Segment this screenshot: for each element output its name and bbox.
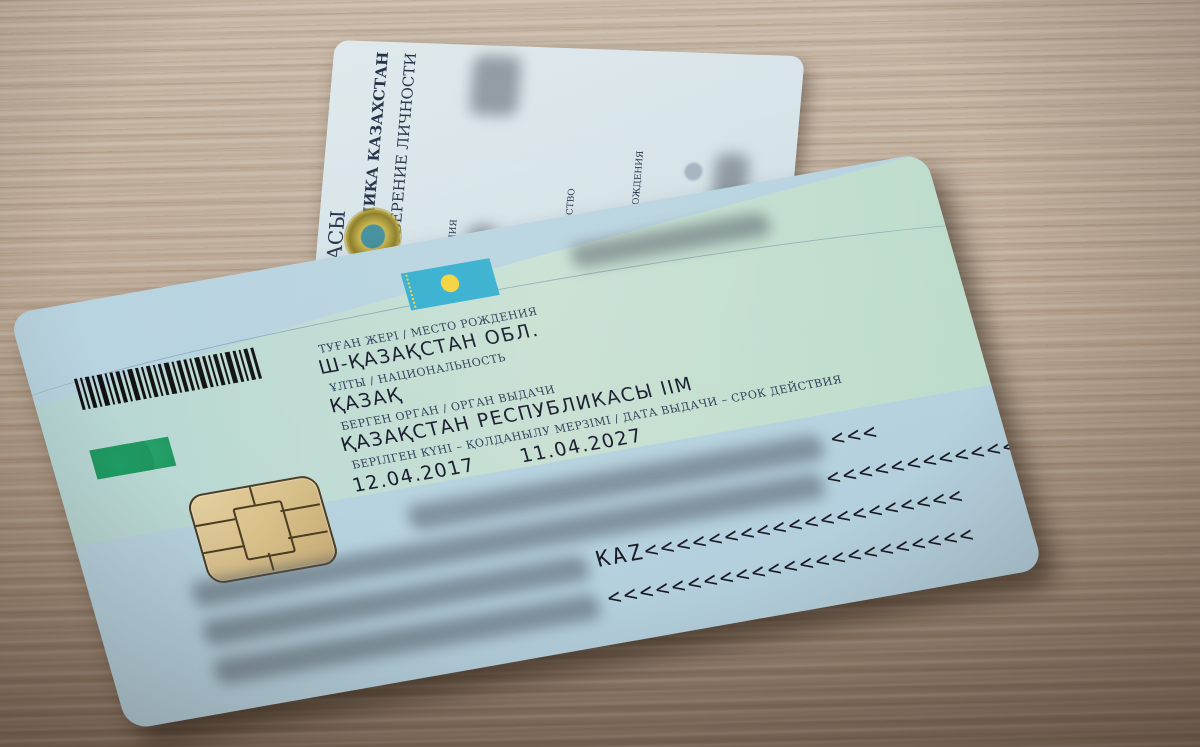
security-mark-icon [684,162,704,181]
blurred-photo-area [469,55,522,117]
mrz-line-1: <<< [828,419,883,452]
flag-sun-icon [439,273,462,294]
front-id-card: ТУҒАН ЖЕРІ / МЕСТО РОЖДЕНИЯ Ш-ҚАЗАҚСТАН … [9,153,1044,730]
